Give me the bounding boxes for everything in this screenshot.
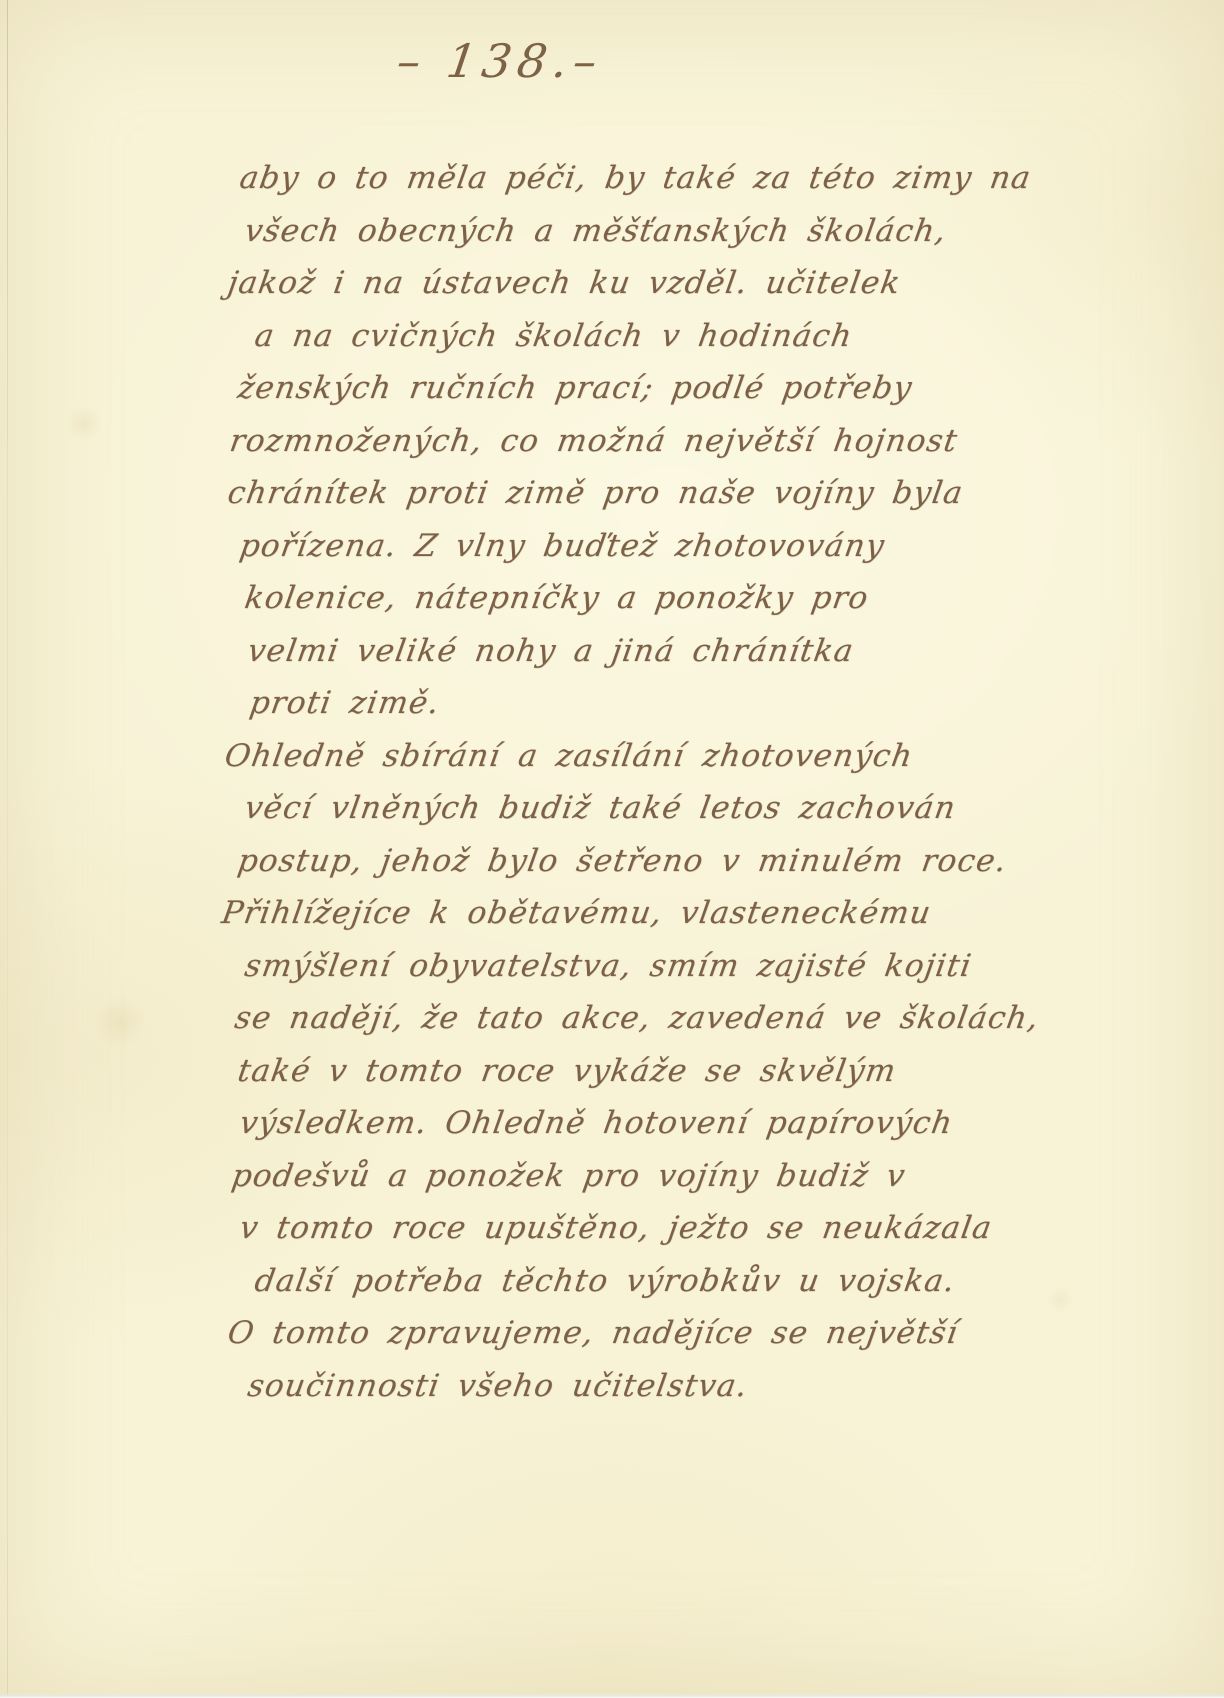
manuscript-text: aby o to měla péči, by také za této zimy… xyxy=(0,152,1224,1412)
text-line: jakož i na ústavech ku vzděl. učitelek xyxy=(0,257,1224,310)
text-line: všech obecných a měšťanských školách, xyxy=(0,205,1224,258)
text-line: pořízena. Z vlny buďtež zhotovovány xyxy=(0,520,1224,573)
scan-edge-bottom xyxy=(0,1693,1224,1698)
text-line: ženských ručních prací; podlé potřeby xyxy=(0,362,1224,415)
page-number-text: – 138.– xyxy=(394,34,607,88)
text-line: a na cvičných školách v hodinách xyxy=(0,310,1224,363)
text-line: proti zimě. xyxy=(0,677,1224,730)
text-line: věcí vlněných budiž také letos zachován xyxy=(0,782,1224,835)
text-line: také v tomto roce vykáže se skvělým xyxy=(0,1045,1224,1098)
text-line: se nadějí, že tato akce, zavedená ve ško… xyxy=(0,992,1224,1045)
text-line: součinnosti všeho učitelstva. xyxy=(0,1360,1224,1413)
text-line: aby o to měla péči, by také za této zimy… xyxy=(0,152,1224,205)
text-line: smýšlení obyvatelstva, smím zajisté koji… xyxy=(0,940,1224,993)
text-line: rozmnožených, co možná největší hojnost xyxy=(0,415,1224,468)
text-line: další potřeba těchto výrobkův u vojska. xyxy=(0,1255,1224,1308)
text-line: velmi veliké nohy a jiná chránítka xyxy=(0,625,1224,678)
text-line: výsledkem. Ohledně hotovení papírových xyxy=(0,1097,1224,1150)
text-line: Ohledně sbírání a zasílání zhotovených xyxy=(0,730,1224,783)
manuscript-page: – 138.– aby o to měla péči, by také za t… xyxy=(0,0,1224,1698)
text-line: chránítek proti zimě pro naše vojíny byl… xyxy=(0,467,1224,520)
page-number: – 138.– xyxy=(0,34,1004,88)
text-line: O tomto zpravujeme, nadějíce se největší xyxy=(0,1307,1224,1360)
text-line: kolenice, nátepníčky a ponožky pro xyxy=(0,572,1224,625)
text-line: v tomto roce upuštěno, ježto se neukázal… xyxy=(0,1202,1224,1255)
text-line: Přihlížejíce k obětavému, vlasteneckému xyxy=(0,887,1224,940)
text-line: podešvů a ponožek pro vojíny budiž v xyxy=(0,1150,1224,1203)
text-line: postup, jehož bylo šetřeno v minulém roc… xyxy=(0,835,1224,888)
